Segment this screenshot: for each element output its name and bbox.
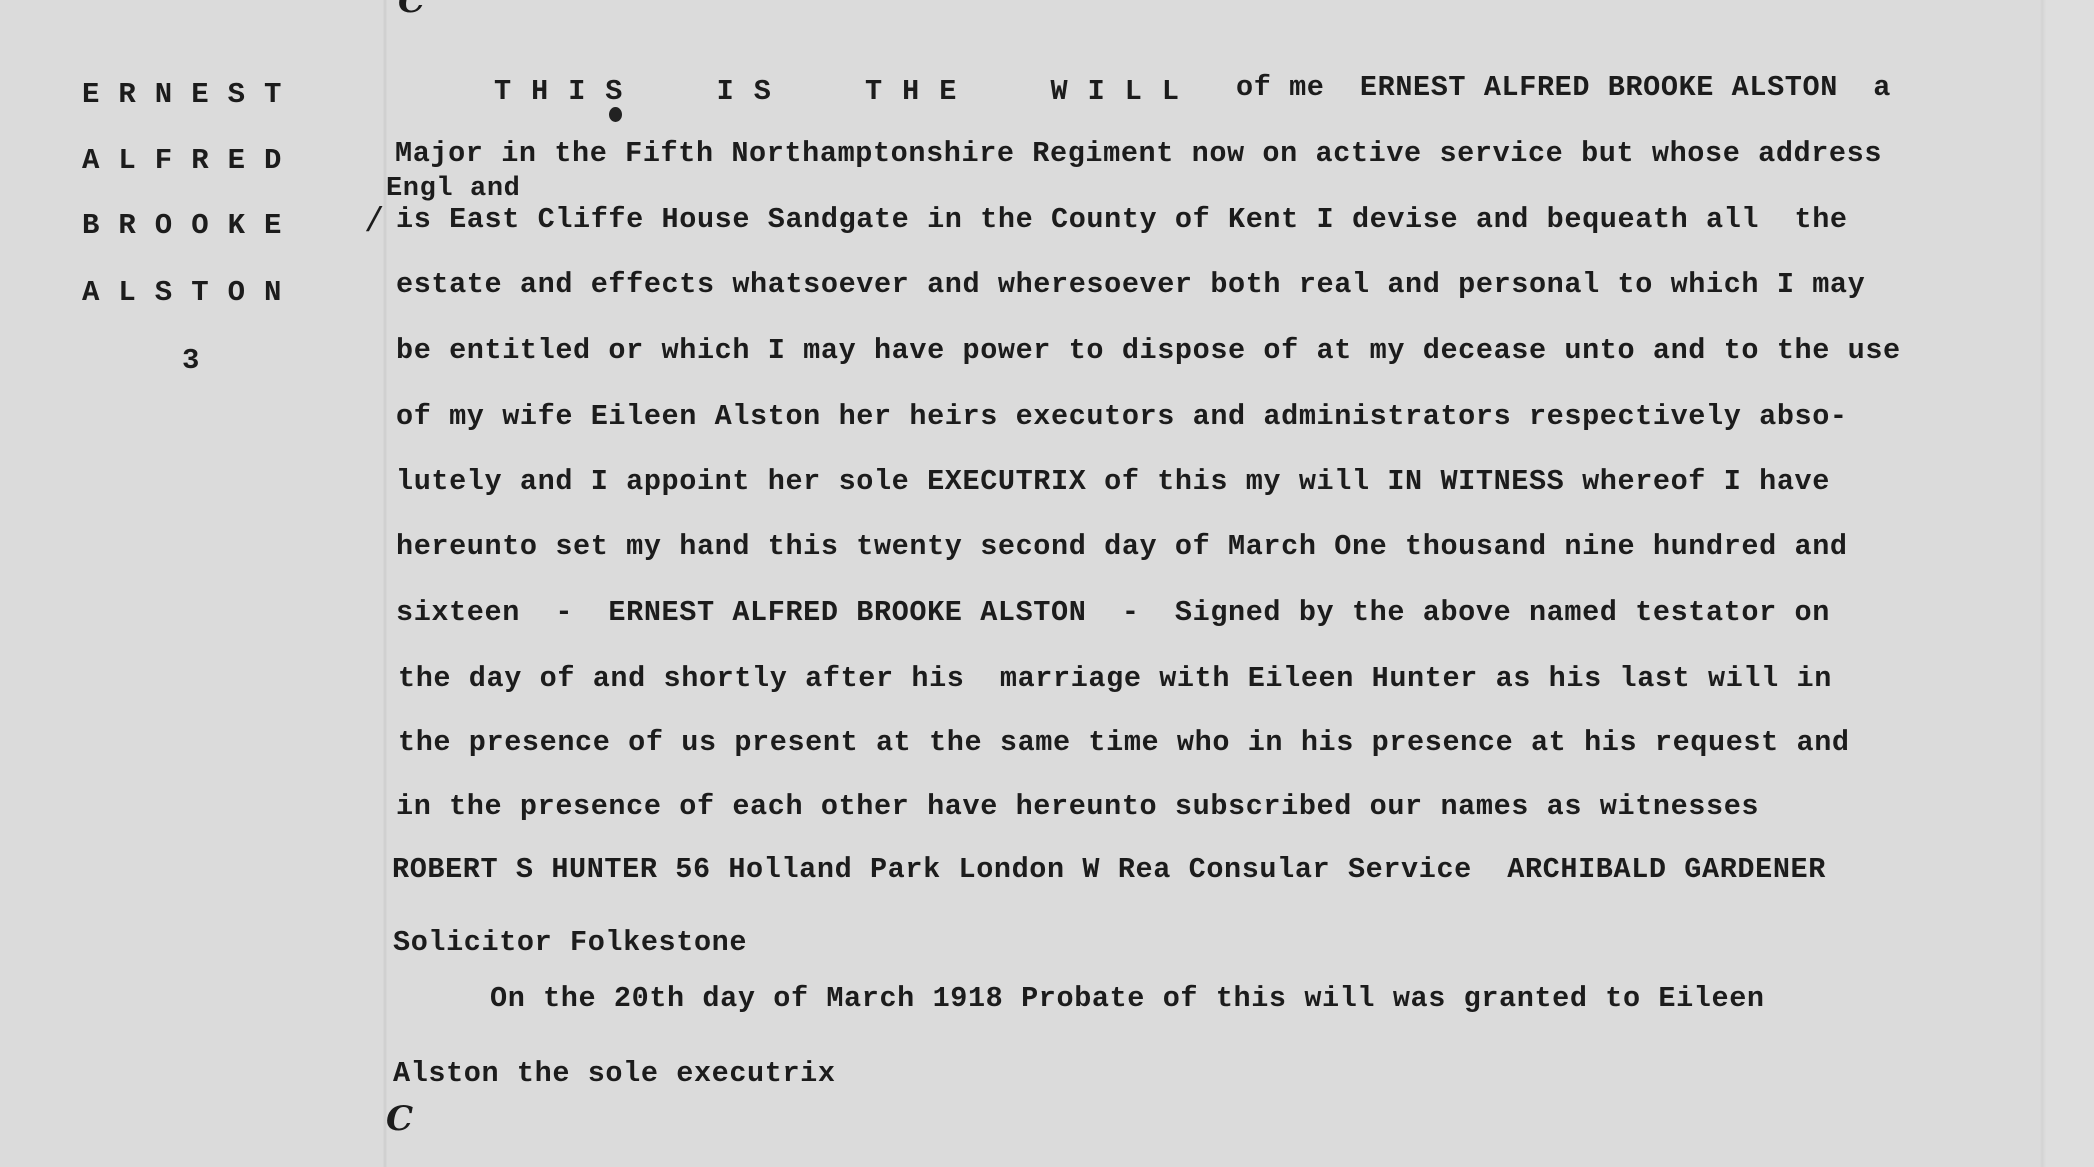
ink-blot <box>609 107 622 122</box>
margin-name-middle: ALFRED <box>82 146 300 175</box>
witness-line: ROBERT S HUNTER 56 Holland Park London W… <box>392 856 1826 885</box>
margin-name-surname: ALSTON <box>82 278 300 307</box>
body-line: hereunto set my hand this twenty second … <box>396 533 1848 562</box>
will-heading: THIS IS THE WILL <box>494 78 1199 107</box>
body-line: estate and effects whatsoever and wheres… <box>396 271 1865 300</box>
body-line: lutely and I appoint her sole EXECUTRIX … <box>396 468 1830 497</box>
insertion-caret: / <box>364 206 384 240</box>
entry-number: 3 <box>182 346 199 375</box>
heading-testator: of me ERNEST ALFRED BROOKE ALSTON a <box>1236 74 1891 103</box>
body-line: of my wife Eileen Alston her heirs execu… <box>396 403 1848 432</box>
body-line: Major in the Fifth Northamptonshire Regi… <box>395 140 1882 169</box>
handwritten-initial-bottom: C <box>386 1102 413 1136</box>
interlinear-insertion: Engl and <box>386 176 520 203</box>
document-page: ERNEST ALFRED BROOKE ALSTON 3 C THIS IS … <box>0 0 2094 1167</box>
body-line: sixteen - ERNEST ALFRED BROOKE ALSTON - … <box>396 599 1830 628</box>
witness-line: Solicitor Folkestone <box>393 929 747 958</box>
body-line: be entitled or which I may have power to… <box>396 337 1901 366</box>
body-line: is East Cliffe House Sandgate in the Cou… <box>396 206 1848 235</box>
handwritten-initial-top: C <box>398 0 425 18</box>
probate-line-2: Alston the sole executrix <box>393 1060 836 1089</box>
body-line: in the presence of each other have hereu… <box>396 793 1759 822</box>
body-line: the day of and shortly after his marriag… <box>398 665 1832 694</box>
body-line: the presence of us present at the same t… <box>398 729 1850 758</box>
probate-line-1: On the 20th day of March 1918 Probate of… <box>490 985 1765 1014</box>
margin-name-third: BROOKE <box>82 211 300 240</box>
margin-name-first: ERNEST <box>82 80 300 109</box>
